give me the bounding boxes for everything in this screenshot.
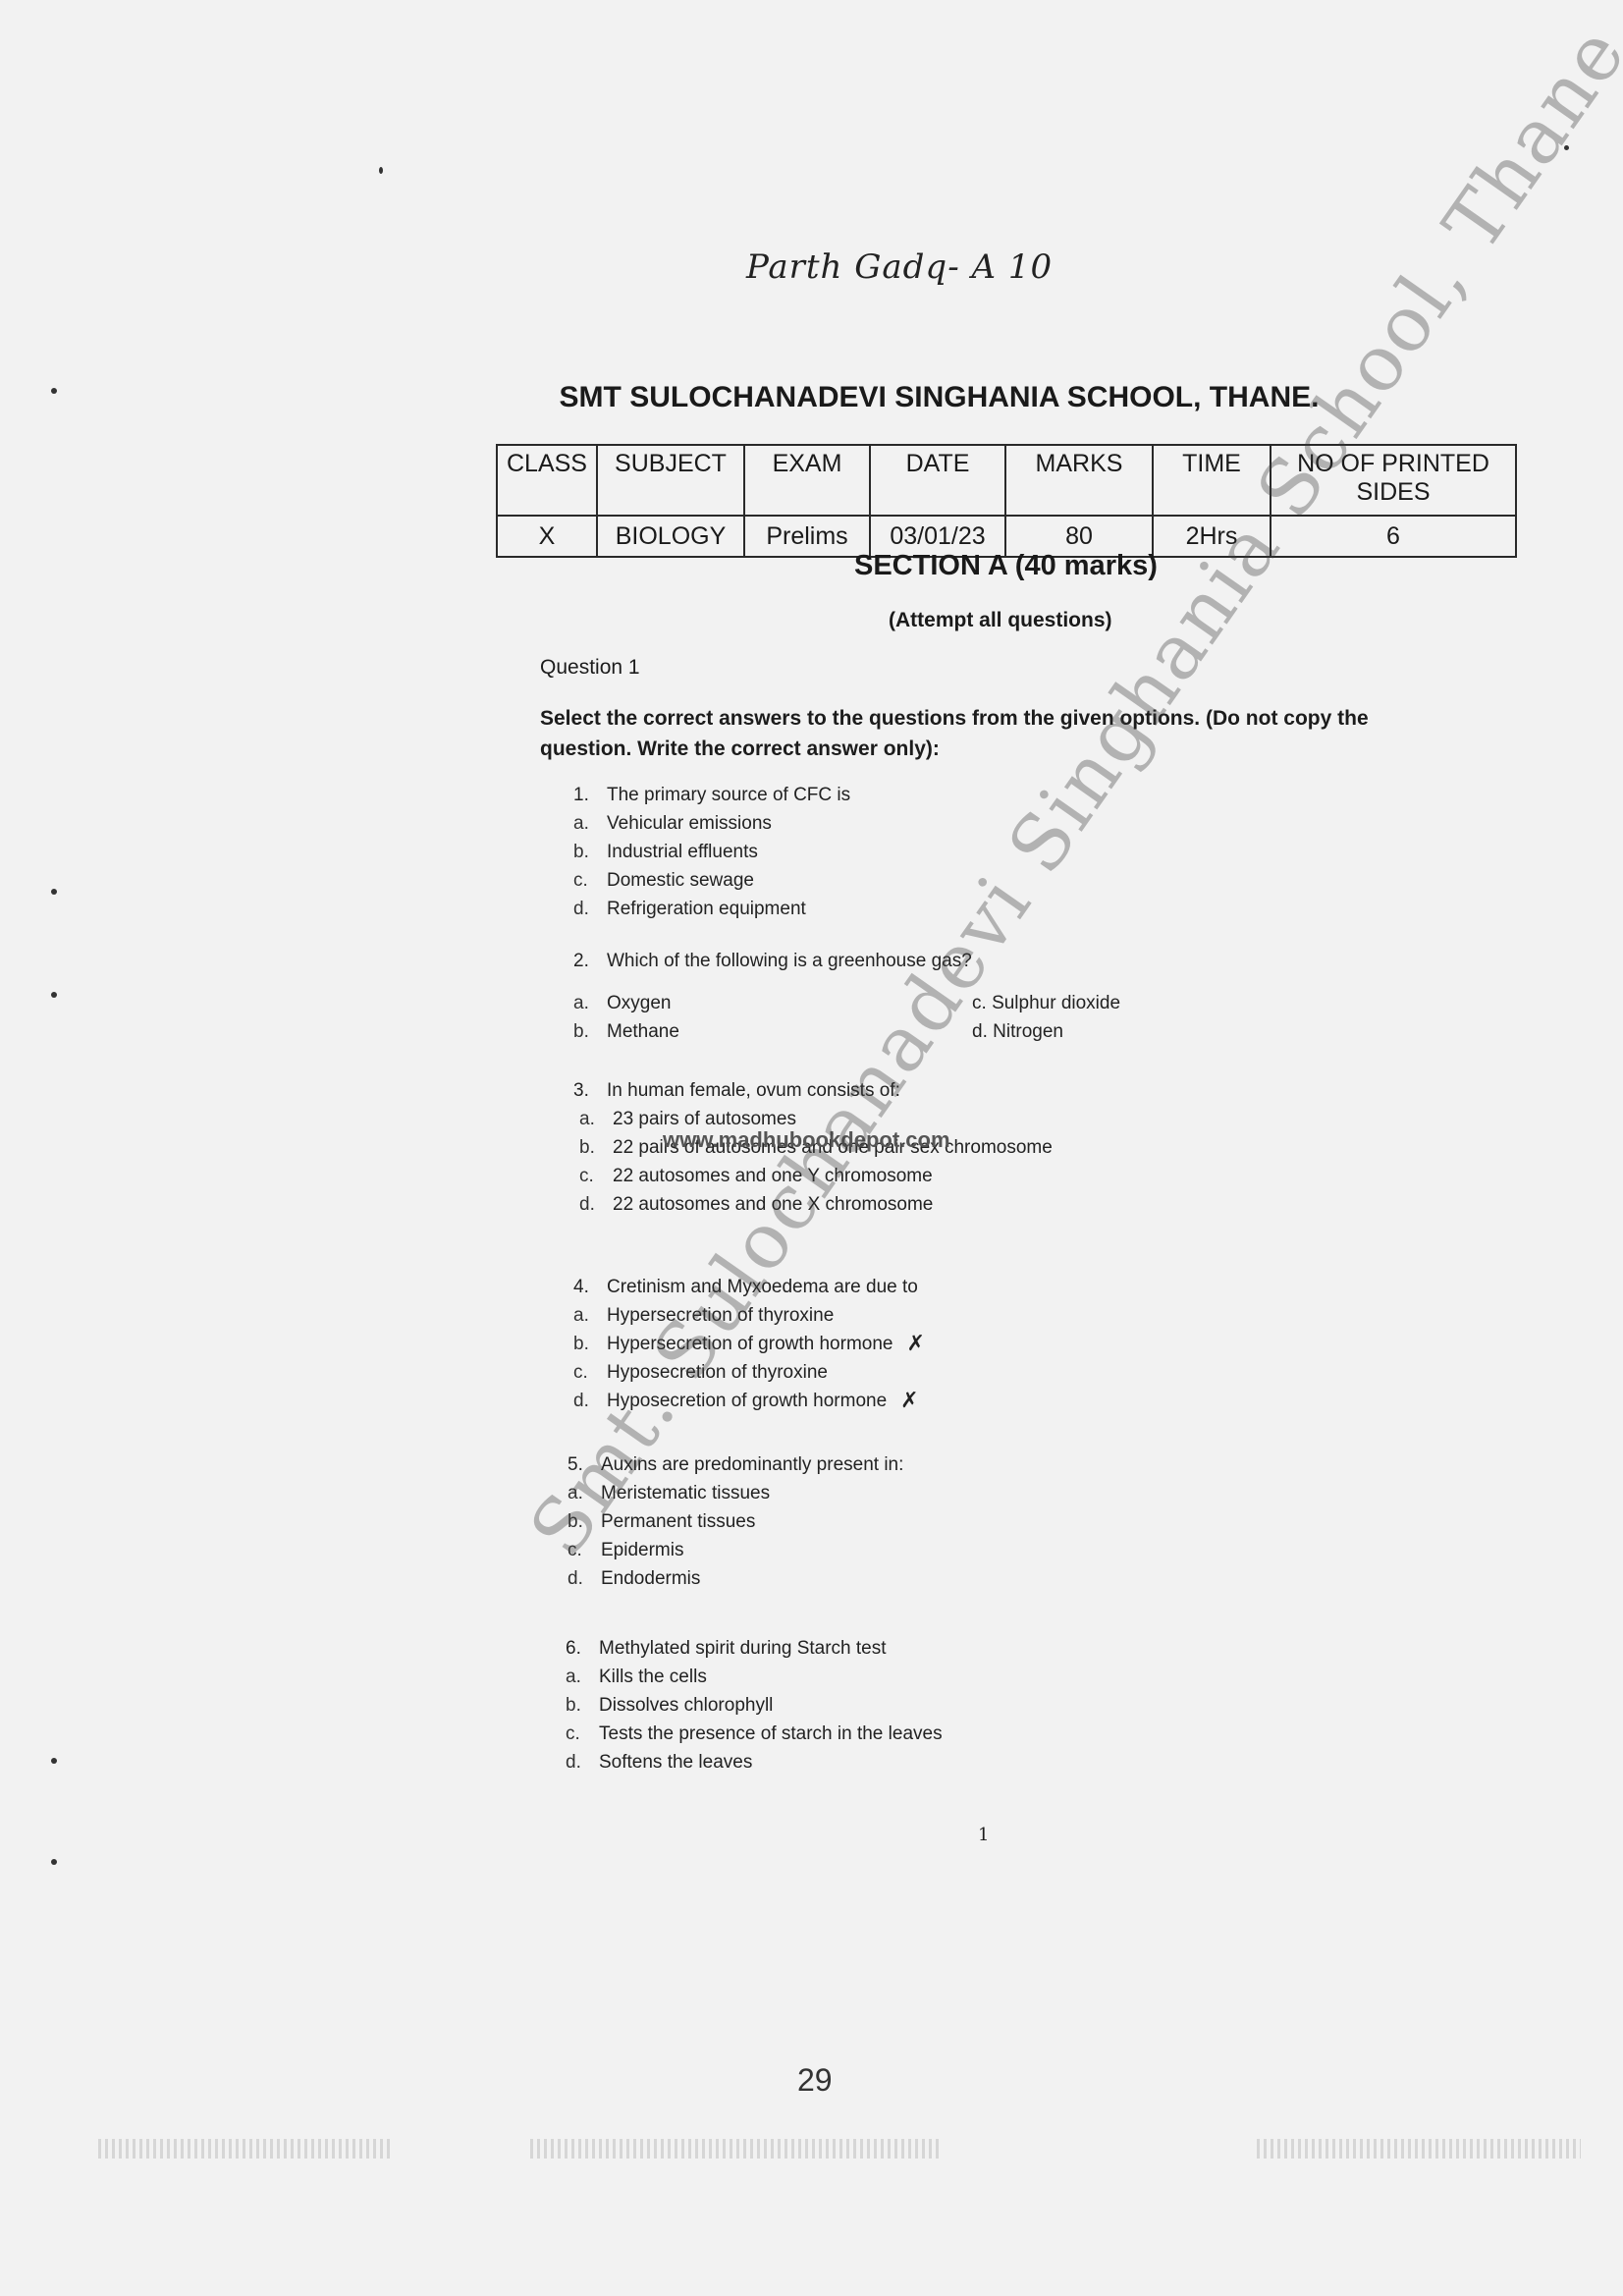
- scan-speck: [51, 388, 57, 394]
- option: c.Domestic sewage: [573, 866, 850, 895]
- book-page-number: 29: [797, 2062, 833, 2099]
- question-6: 6.Methylated spirit during Starch test a…: [566, 1634, 943, 1777]
- cross-mark-icon: ✗: [906, 1330, 924, 1358]
- instruction-text: Select the correct answers to the questi…: [540, 703, 1404, 764]
- question-number: 1.: [573, 781, 607, 809]
- section-title: SECTION A (40 marks): [854, 550, 1158, 582]
- question-text: The primary source of CFC is: [607, 781, 850, 809]
- question-number: 2.: [573, 947, 607, 975]
- option: b.Industrial effluents: [573, 838, 850, 866]
- option: d.Refrigeration equipment: [573, 895, 850, 923]
- question-1: 1.The primary source of CFC is a.Vehicul…: [573, 781, 850, 923]
- col-date: DATE: [870, 445, 1005, 516]
- handwritten-note: Parth Gadq- A 10: [746, 247, 1053, 287]
- val-subject: BIOLOGY: [597, 516, 744, 557]
- question-number: 4.: [573, 1273, 607, 1301]
- scan-noise: [98, 2139, 393, 2159]
- option: d.Endodermis: [568, 1564, 903, 1593]
- col-subject: SUBJECT: [597, 445, 744, 516]
- cross-mark-icon: ✗: [900, 1387, 918, 1415]
- val-exam: Prelims: [744, 516, 870, 557]
- question-number: 6.: [566, 1634, 599, 1663]
- scan-speck: [379, 167, 383, 174]
- scan-speck: [51, 1758, 57, 1764]
- section-subtitle: (Attempt all questions): [889, 609, 1112, 632]
- option: d. Nitrogen: [972, 1017, 1267, 1046]
- val-class: X: [497, 516, 597, 557]
- page-number: 1: [978, 1825, 989, 1845]
- col-marks: MARKS: [1005, 445, 1153, 516]
- option: a.Kills the cells: [566, 1663, 943, 1691]
- option: b.Dissolves chlorophyll: [566, 1691, 943, 1720]
- scan-speck: [51, 889, 57, 895]
- option: c. Sulphur dioxide: [972, 989, 1267, 1017]
- col-class: CLASS: [497, 445, 597, 516]
- scan-noise: [1257, 2139, 1581, 2159]
- option: c.Tests the presence of starch in the le…: [566, 1720, 943, 1748]
- question-text: Methylated spirit during Starch test: [599, 1634, 887, 1663]
- scan-speck: [51, 1859, 57, 1865]
- scan-noise: [530, 2139, 943, 2159]
- option: a.Vehicular emissions: [573, 809, 850, 838]
- scanned-page: Parth Gadq- A 10 SMT SULOCHANADEVI SINGH…: [0, 0, 1623, 2296]
- question-number: 3.: [573, 1076, 607, 1105]
- col-exam: EXAM: [744, 445, 870, 516]
- question-heading: Question 1: [540, 656, 640, 680]
- scan-speck: [51, 992, 57, 998]
- option: d.Softens the leaves: [566, 1748, 943, 1777]
- scan-speck: [1564, 145, 1569, 150]
- option: c.Epidermis: [568, 1536, 903, 1564]
